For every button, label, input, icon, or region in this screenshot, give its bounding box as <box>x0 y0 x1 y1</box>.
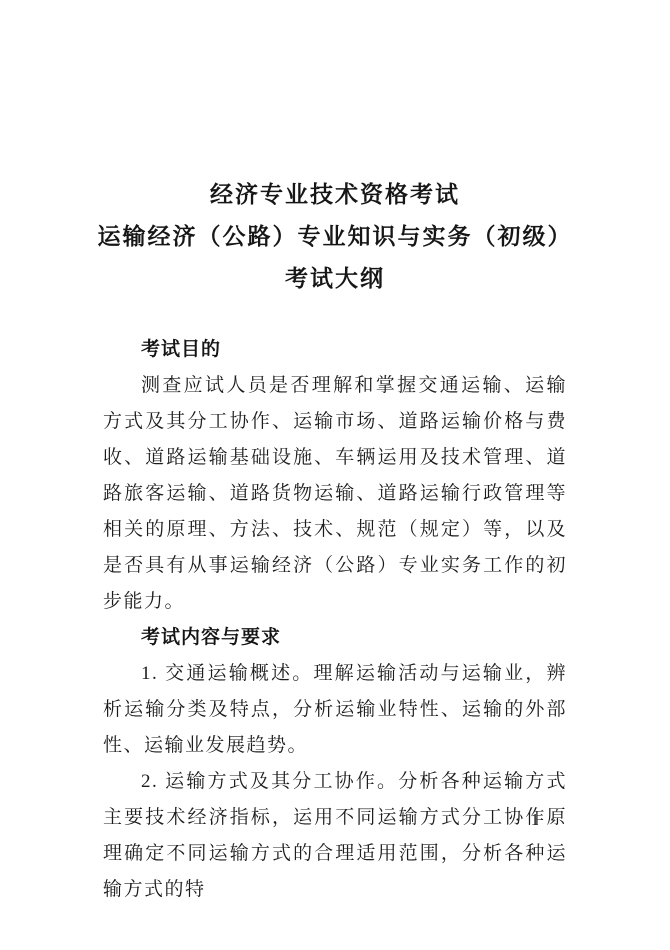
exam-content-item-2: 2. 运输方式及其分工协作。分析各种运输方式主要技术经济指标，运用不同运输方式分… <box>103 764 567 908</box>
document-body: 考试目的 测查应试人员是否理解和掌握交通运输、运输方式及其分工协作、运输市场、道… <box>103 332 567 908</box>
document-page: 经济专业技术资格考试 运输经济（公路）专业知识与实务（初级） 考试大纲 考试目的… <box>0 0 670 950</box>
title-line-1: 经济专业技术资格考试 <box>0 174 670 216</box>
section-heading-exam-purpose: 考试目的 <box>103 332 567 368</box>
title-line-3: 考试大纲 <box>0 258 670 300</box>
title-line-2: 运输经济（公路）专业知识与实务（初级） <box>0 216 670 258</box>
page-number: · 1 · <box>515 810 558 830</box>
exam-content-item-1: 1. 交通运输概述。理解运输活动与运输业，辨析运输分类及特点，分析运输业特性、运… <box>103 656 567 764</box>
exam-purpose-paragraph: 测查应试人员是否理解和掌握交通运输、运输方式及其分工协作、运输市场、道路运输价格… <box>103 368 567 620</box>
section-heading-exam-content: 考试内容与要求 <box>103 620 567 656</box>
document-title: 经济专业技术资格考试 运输经济（公路）专业知识与实务（初级） 考试大纲 <box>0 0 670 300</box>
